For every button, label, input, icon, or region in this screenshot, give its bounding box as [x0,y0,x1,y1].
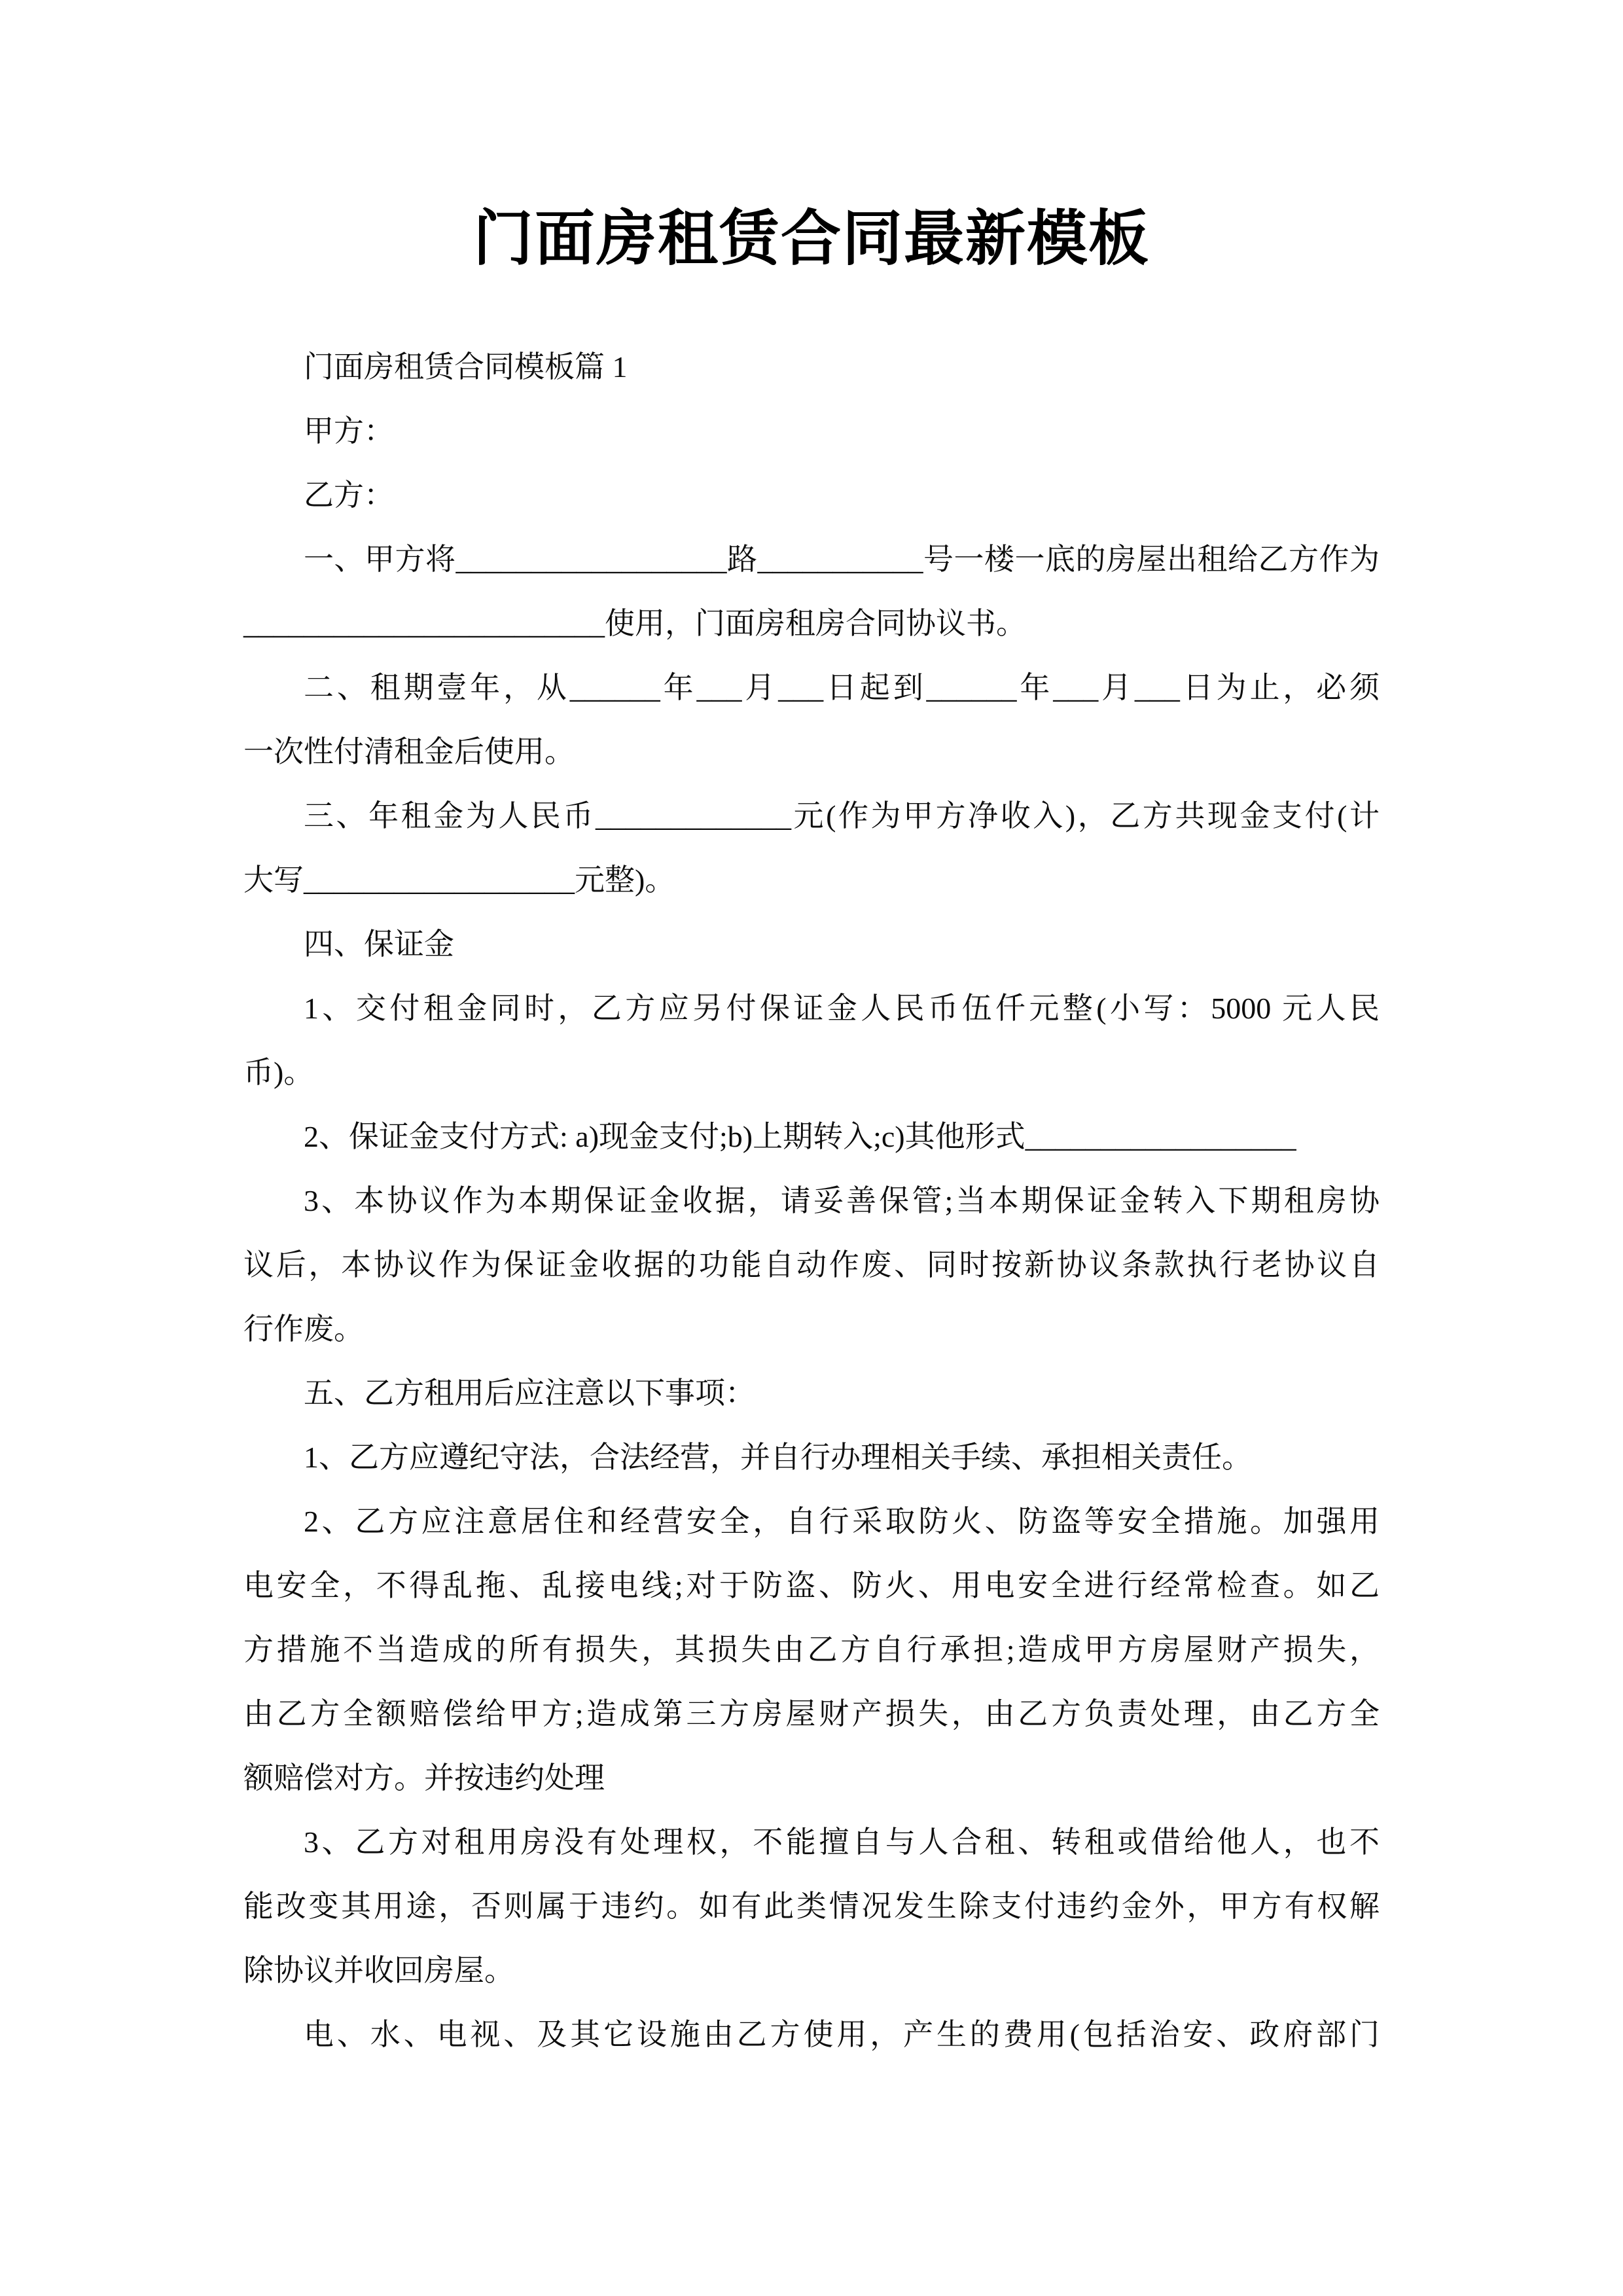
text-line: 一次性付清租金后使用。 [243,720,1380,784]
text-line: 议后，本协议作为保证金收据的功能自动作废、同时按新协议条款执行老协议自 [243,1233,1380,1297]
paragraph: 1、乙方应遵纪守法，合法经营，并自行办理相关手续、承担相关责任。 [243,1426,1380,1490]
text-line: 五、乙方租用后应注意以下事项： [243,1361,1380,1426]
document-page: 门面房租赁合同最新模板 门面房租赁合同模板篇 1甲方：乙方：一、甲方将_____… [0,0,1623,2296]
paragraph: 二、租期壹年，从______年___月___日起到______年___月___日… [243,656,1380,784]
document-title: 门面房租赁合同最新模板 [0,0,1623,278]
paragraph: 一、甲方将__________________路___________号一楼一底… [243,528,1380,656]
text-line: 门面房租赁合同模板篇 1 [243,335,1380,399]
paragraph: 五、乙方租用后应注意以下事项： [243,1361,1380,1426]
text-line: 电、水、电视、及其它设施由乙方使用，产生的费用(包括治安、政府部门 [243,2003,1380,2067]
paragraph: 电、水、电视、及其它设施由乙方使用，产生的费用(包括治安、政府部门 [243,2003,1380,2067]
text-line: 由乙方全额赔偿给甲方;造成第三方房屋财产损失，由乙方负责处理，由乙方全 [243,1682,1380,1746]
paragraph: 四、保证金 [243,912,1380,977]
text-line: 3、本协议作为本期保证金收据，请妥善保管;当本期保证金转入下期租房协 [243,1169,1380,1233]
paragraph: 3、本协议作为本期保证金收据，请妥善保管;当本期保证金转入下期租房协议后，本协议… [243,1169,1380,1361]
text-line: 电安全，不得乱拖、乱接电线;对于防盗、防火、用电安全进行经常检查。如乙 [243,1554,1380,1618]
text-line: 行作废。 [243,1297,1380,1361]
text-line: 2、乙方应注意居住和经营安全，自行采取防火、防盗等安全措施。加强用 [243,1490,1380,1554]
text-line: 甲方： [243,399,1380,463]
text-line: 3、乙方对租用房没有处理权，不能擅自与人合租、转租或借给他人，也不 [243,1810,1380,1874]
text-line: 2、保证金支付方式: a)现金支付;b)上期转入;c)其他形式_________… [243,1105,1380,1169]
paragraph: 1、交付租金同时，乙方应另付保证金人民币伍仟元整(小写：5000 元人民币)。 [243,977,1380,1105]
text-line: ________________________使用，门面房租房合同协议书。 [243,592,1380,656]
paragraph: 甲方： [243,399,1380,463]
text-line: 除协议并收回房屋。 [243,1939,1380,2003]
text-line: 乙方： [243,463,1380,528]
paragraph: 2、乙方应注意居住和经营安全，自行采取防火、防盗等安全措施。加强用电安全，不得乱… [243,1490,1380,1810]
document-body: 门面房租赁合同模板篇 1甲方：乙方：一、甲方将_________________… [243,335,1380,2067]
text-line: 1、乙方应遵纪守法，合法经营，并自行办理相关手续、承担相关责任。 [243,1426,1380,1490]
text-line: 额赔偿对方。并按违约处理 [243,1746,1380,1810]
text-line: 四、保证金 [243,912,1380,977]
paragraph: 3、乙方对租用房没有处理权，不能擅自与人合租、转租或借给他人，也不能改变其用途，… [243,1810,1380,2003]
paragraph: 乙方： [243,463,1380,528]
text-line: 二、租期壹年，从______年___月___日起到______年___月___日… [243,656,1380,720]
paragraph: 三、年租金为人民币_____________元(作为甲方净收入)，乙方共现金支付… [243,784,1380,912]
text-line: 能改变其用途，否则属于违约。如有此类情况发生除支付违约金外，甲方有权解 [243,1874,1380,1939]
text-line: 币)。 [243,1041,1380,1105]
paragraph: 门面房租赁合同模板篇 1 [243,335,1380,399]
text-line: 1、交付租金同时，乙方应另付保证金人民币伍仟元整(小写：5000 元人民 [243,977,1380,1041]
paragraph: 2、保证金支付方式: a)现金支付;b)上期转入;c)其他形式_________… [243,1105,1380,1169]
text-line: 方措施不当造成的所有损失，其损失由乙方自行承担;造成甲方房屋财产损失， [243,1618,1380,1682]
text-line: 大写__________________元整)。 [243,848,1380,912]
text-line: 三、年租金为人民币_____________元(作为甲方净收入)，乙方共现金支付… [243,784,1380,848]
text-line: 一、甲方将__________________路___________号一楼一底… [243,528,1380,592]
